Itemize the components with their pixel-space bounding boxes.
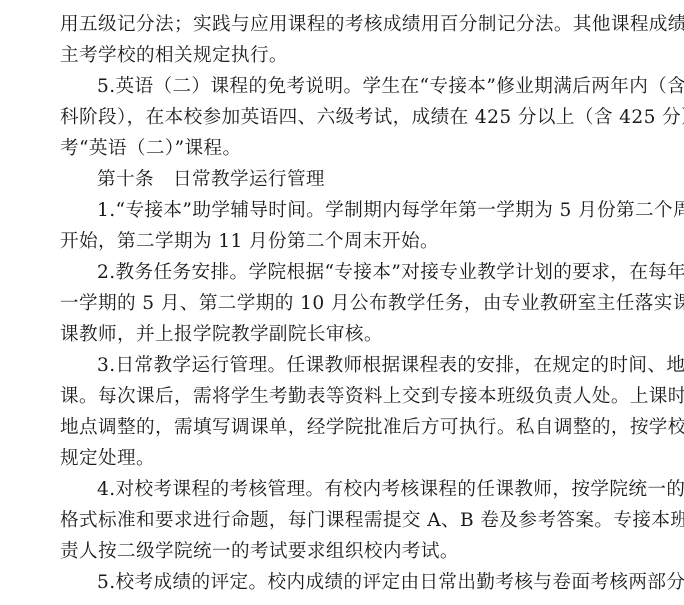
text-line: 一学期的 5 月、第二学期的 10 月公布教学任务，由专业教研室主任落实课程任	[60, 288, 616, 319]
paragraph-grade-evaluation: 5.校考成绩的评定。校内成绩的评定由日常出勤考核与卷面考核两部分构	[60, 567, 616, 598]
text-line: 1.“专接本”助学辅导时间。学制期内每学年第一学期为 5 月份第二个周末	[60, 195, 616, 226]
paragraph-english-exemption: 5.英语（二）课程的免考说明。学生在“专接本”修业期满后两年内（含专 科阶段），…	[60, 71, 616, 164]
text-line: 5.校考成绩的评定。校内成绩的评定由日常出勤考核与卷面考核两部分构	[60, 567, 616, 598]
paragraph-exam-management: 4.对校考课程的考核管理。有校内考核课程的任课教师，按学院统一的试卷 格式标准和…	[60, 474, 616, 567]
document-page: 用五级记分法；实践与应用课程的考核成绩用百分制记分法。其他课程成绩按照 主考学校…	[60, 9, 616, 598]
text-line: 课教师，并上报学院教学副院长审核。	[60, 319, 616, 350]
text-line: 2.教务任务安排。学院根据“专接本”对接专业教学计划的要求，在每年第	[60, 257, 616, 288]
text-line: 开始，第二学期为 11 月份第二个周末开始。	[60, 226, 616, 257]
text-line: 课。每次课后，需将学生考勤表等资料上交到专接本班级负责人处。上课时间、	[60, 381, 616, 412]
text-line: 地点调整的，需填写调课单，经学院批准后方可执行。私自调整的，按学校相关	[60, 412, 616, 443]
paragraph-teaching-tasks: 2.教务任务安排。学院根据“专接本”对接专业教学计划的要求，在每年第 一学期的 …	[60, 257, 616, 350]
article-heading: 第十条 日常教学运行管理	[60, 164, 616, 195]
text-line: 4.对校考课程的考核管理。有校内考核课程的任课教师，按学院统一的试卷	[60, 474, 616, 505]
text-line: 规定处理。	[60, 443, 616, 474]
text-line: 科阶段），在本校参加英语四、六级考试，成绩在 425 分以上（含 425 分），…	[60, 102, 616, 133]
text-line: 用五级记分法；实践与应用课程的考核成绩用百分制记分法。其他课程成绩按照	[60, 9, 616, 40]
text-line: 责人按二级学院统一的考试要求组织校内考试。	[60, 536, 616, 567]
paragraph-daily-operation: 3.日常教学运行管理。任课教师根据课程表的安排，在规定的时间、地点上 课。每次课…	[60, 350, 616, 474]
text-line: 考“英语（二）”课程。	[60, 133, 616, 164]
paragraph-grading-continued: 用五级记分法；实践与应用课程的考核成绩用百分制记分法。其他课程成绩按照 主考学校…	[60, 9, 616, 71]
text-line: 主考学校的相关规定执行。	[60, 40, 616, 71]
article-title: 第十条 日常教学运行管理	[60, 164, 616, 195]
text-line: 5.英语（二）课程的免考说明。学生在“专接本”修业期满后两年内（含专	[60, 71, 616, 102]
text-line: 格式标准和要求进行命题，每门课程需提交 A、B 卷及参考答案。专接本班级负	[60, 505, 616, 536]
paragraph-tutoring-time: 1.“专接本”助学辅导时间。学制期内每学年第一学期为 5 月份第二个周末 开始，…	[60, 195, 616, 257]
text-line: 3.日常教学运行管理。任课教师根据课程表的安排，在规定的时间、地点上	[60, 350, 616, 381]
